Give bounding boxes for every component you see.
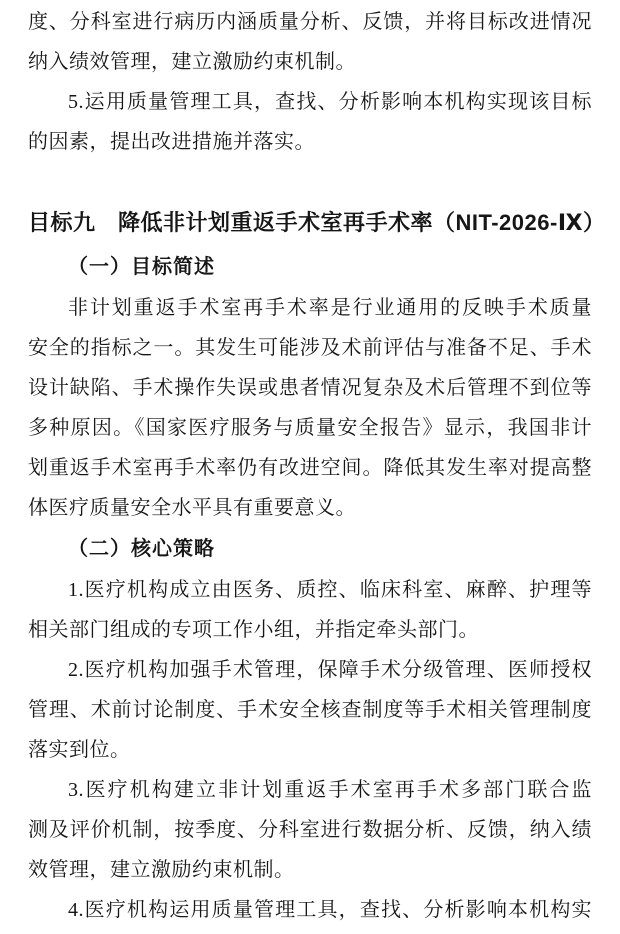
doc-line: 4.医疗机构运用质量管理工具，查找、分析影响本机构实 <box>28 890 592 930</box>
doc-line: 非计划重返手术室再手术率是行业通用的反映手术质量 <box>28 288 592 328</box>
doc-line: 测及评价机制，按季度、分科室进行数据分析、反馈，纳入绩 <box>28 810 592 850</box>
doc-line: 的因素，提出改进措施并落实。 <box>28 122 592 162</box>
doc-line: 效管理，建立激励约束机制。 <box>28 850 592 890</box>
doc-line: 管理、术前讨论制度、手术安全核查制度等手术相关管理制度 <box>28 690 592 730</box>
subsection-heading-summary: （一）目标简述 <box>28 246 592 288</box>
doc-line: 多种原因。《国家医疗服务与质量安全报告》显示，我国非计 <box>28 408 592 448</box>
doc-line: 3.医疗机构建立非计划重返手术室再手术多部门联合监 <box>28 770 592 810</box>
doc-line: 5.运用质量管理工具，查找、分析影响本机构实现该目标 <box>28 82 592 122</box>
doc-line: 2.医疗机构加强手术管理，保障手术分级管理、医师授权 <box>28 650 592 690</box>
blank-line <box>28 162 592 200</box>
doc-line: 1.医疗机构成立由医务、质控、临床科室、麻醉、护理等 <box>28 570 592 610</box>
doc-line: 落实到位。 <box>28 730 592 770</box>
doc-line: 安全的指标之一。其发生可能涉及术前评估与准备不足、手术 <box>28 328 592 368</box>
doc-line: 相关部门组成的专项工作小组，并指定牵头部门。 <box>28 610 592 650</box>
doc-line: 纳入绩效管理，建立激励约束机制。 <box>28 42 592 82</box>
doc-line: 度、分科室进行病历内涵质量分析、反馈，并将目标改进情况 <box>28 2 592 42</box>
document-page: 度、分科室进行病历内涵质量分析、反馈，并将目标改进情况 纳入绩效管理，建立激励约… <box>0 0 620 934</box>
doc-line: 体医疗质量安全水平具有重要意义。 <box>28 488 592 528</box>
subsection-heading-strategy: （二）核心策略 <box>28 528 592 570</box>
doc-line: 设计缺陷、手术操作失误或患者情况复杂及术后管理不到位等 <box>28 368 592 408</box>
doc-line: 划重返手术室再手术率仍有改进空间。降低其发生率对提高整 <box>28 448 592 488</box>
goal-heading: 目标九 降低非计划重返手术室再手术率（NIT-2026-Ⅸ） <box>28 200 592 246</box>
